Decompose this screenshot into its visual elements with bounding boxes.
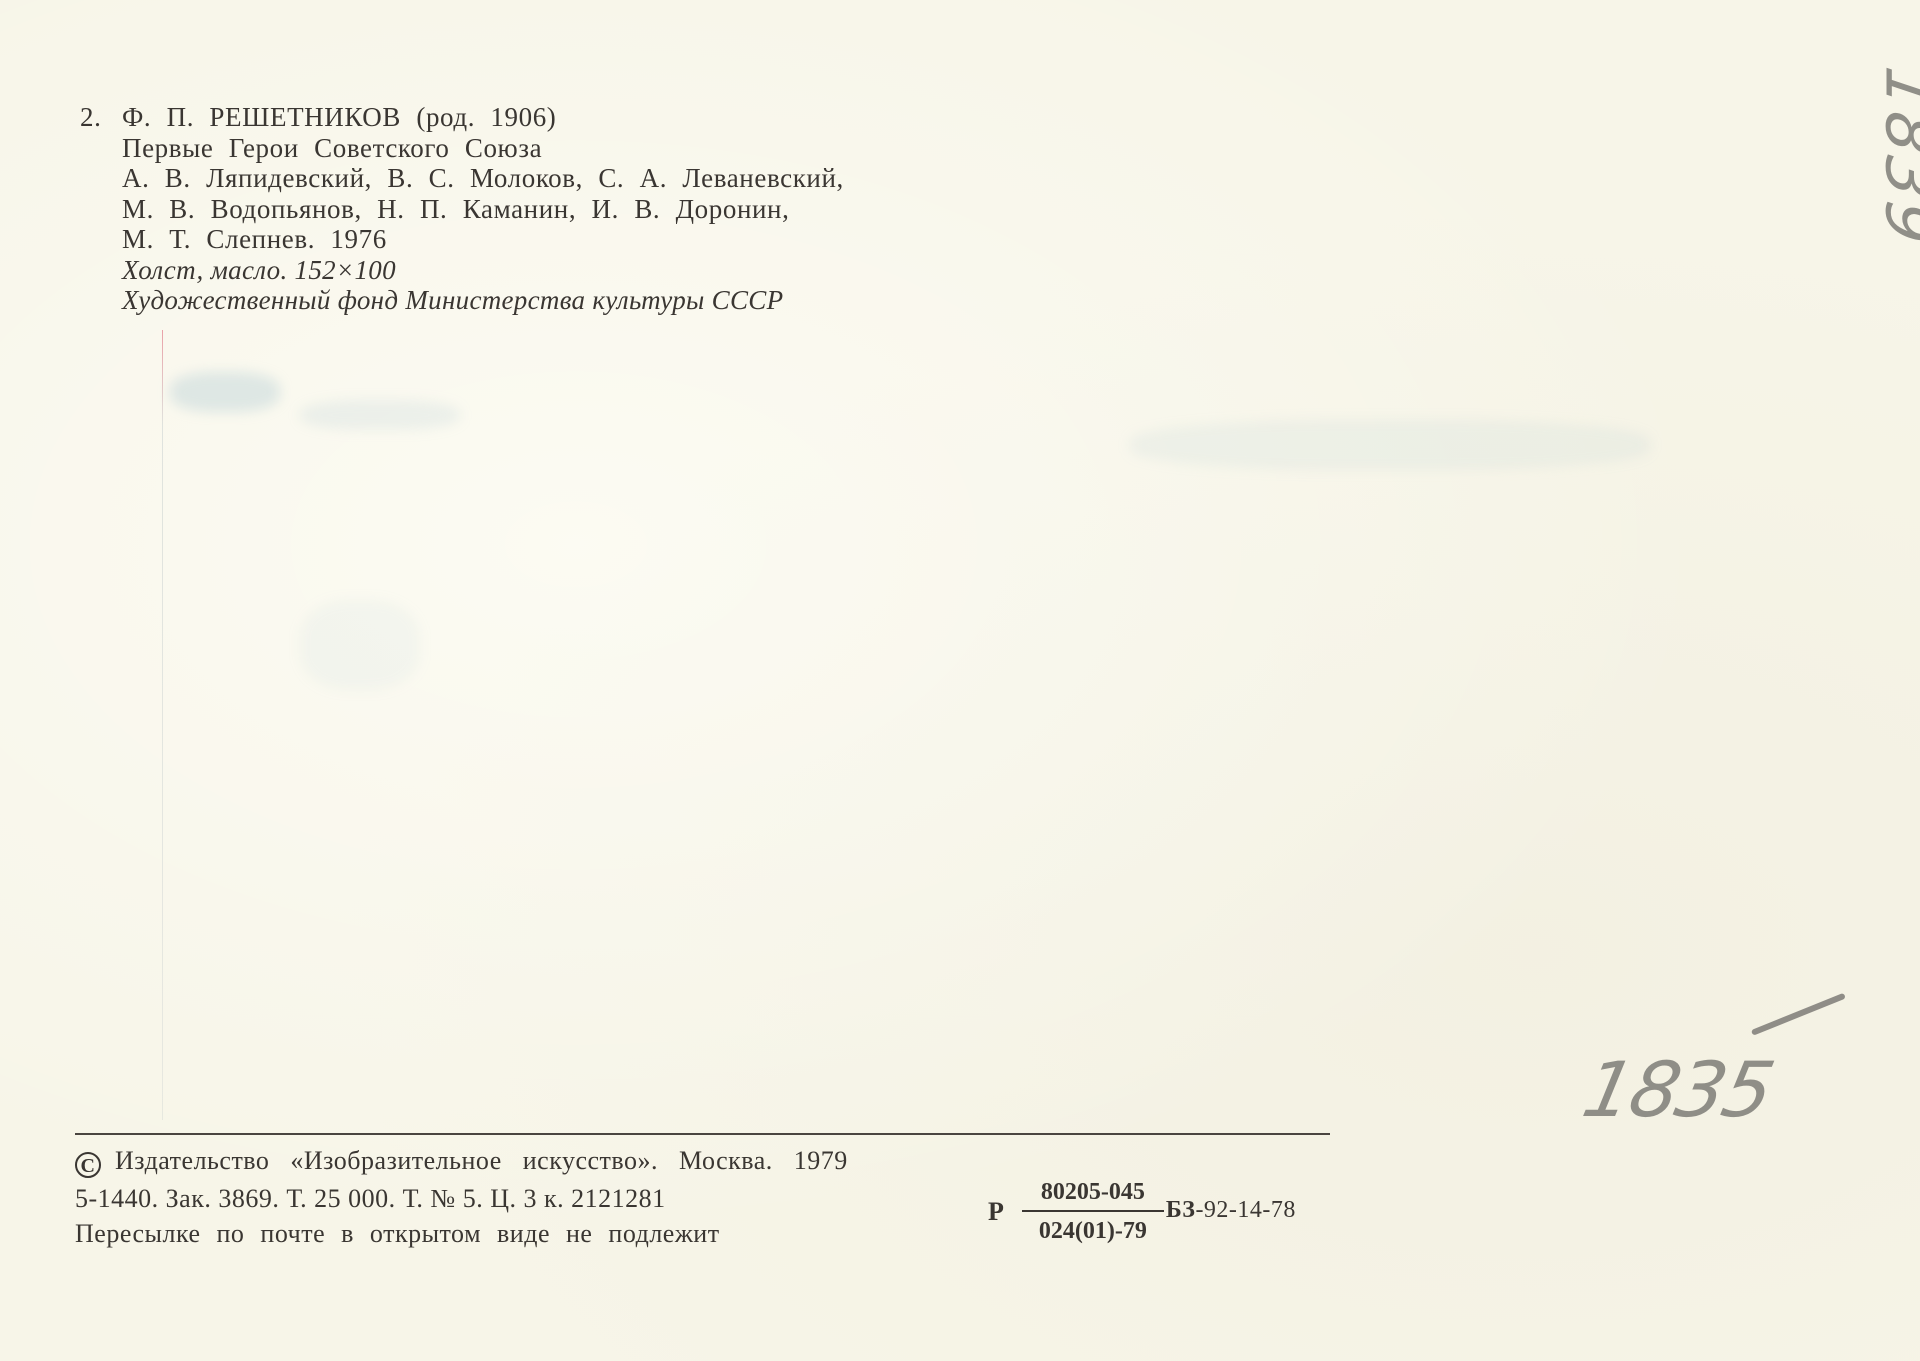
margin-line [162,330,163,1120]
subjects-line-3: М. Т. Слепнев. 1976 [80,224,844,255]
artwork-caption: 2. Ф. П. РЕШЕТНИКОВ (род. 1906) Первые Г… [80,102,844,316]
mail-notice: Пересылке по почте в открытом виде не по… [75,1219,720,1249]
caption-artist-line: 2. Ф. П. РЕШЕТНИКОВ (род. 1906) [80,102,844,133]
index-prefix: Р [988,1197,1004,1227]
artwork-collection: Художественный фонд Министерства культур… [80,285,844,316]
caption-number: 2. [80,102,101,133]
copyright-icon: C [75,1152,101,1178]
index-code: БЗ-92-14-78 [1166,1197,1296,1224]
subjects-line-1: А. В. Ляпидевский, В. С. Молоков, С. А. … [80,163,844,194]
imprint-divider [75,1133,1330,1135]
publisher-line-row: CИздательство «Изобразительное искусство… [75,1146,848,1178]
print-details: 5-1440. Зак. 3869. Т. 25 000. Т. № 5. Ц.… [75,1184,666,1214]
catalog-index: Р 80205-045 024(01)-79 БЗ-92-14-78 [988,1178,1296,1246]
ink-show-through-mark [1130,420,1650,470]
handwritten-pencil-stroke [1751,993,1846,1036]
index-numerator: 80205-045 [1041,1178,1145,1210]
handwritten-vertical-number: 1839 [1870,62,1920,251]
subjects-line-2: М. В. Водопьянов, Н. П. Каманин, И. В. Д… [80,194,844,225]
index-fraction: 80205-045 024(01)-79 [1022,1178,1164,1246]
index-code-numbers: -92-14-78 [1195,1197,1295,1223]
handwritten-bottom-number: 1835 [1576,1045,1780,1134]
artwork-medium: Холст, масло. 152×100 [80,255,844,286]
ink-show-through-mark [170,372,280,412]
artwork-title: Первые Герои Советского Союза [80,133,844,164]
index-denominator: 024(01)-79 [1039,1212,1147,1246]
index-code-letters: БЗ [1166,1197,1196,1223]
ink-show-through-mark [300,400,460,430]
artist-name: Ф. П. РЕШЕТНИКОВ (род. 1906) [122,102,556,132]
publisher-line: Издательство «Изобразительное искусство»… [115,1146,848,1175]
ink-show-through-mark [300,600,420,690]
